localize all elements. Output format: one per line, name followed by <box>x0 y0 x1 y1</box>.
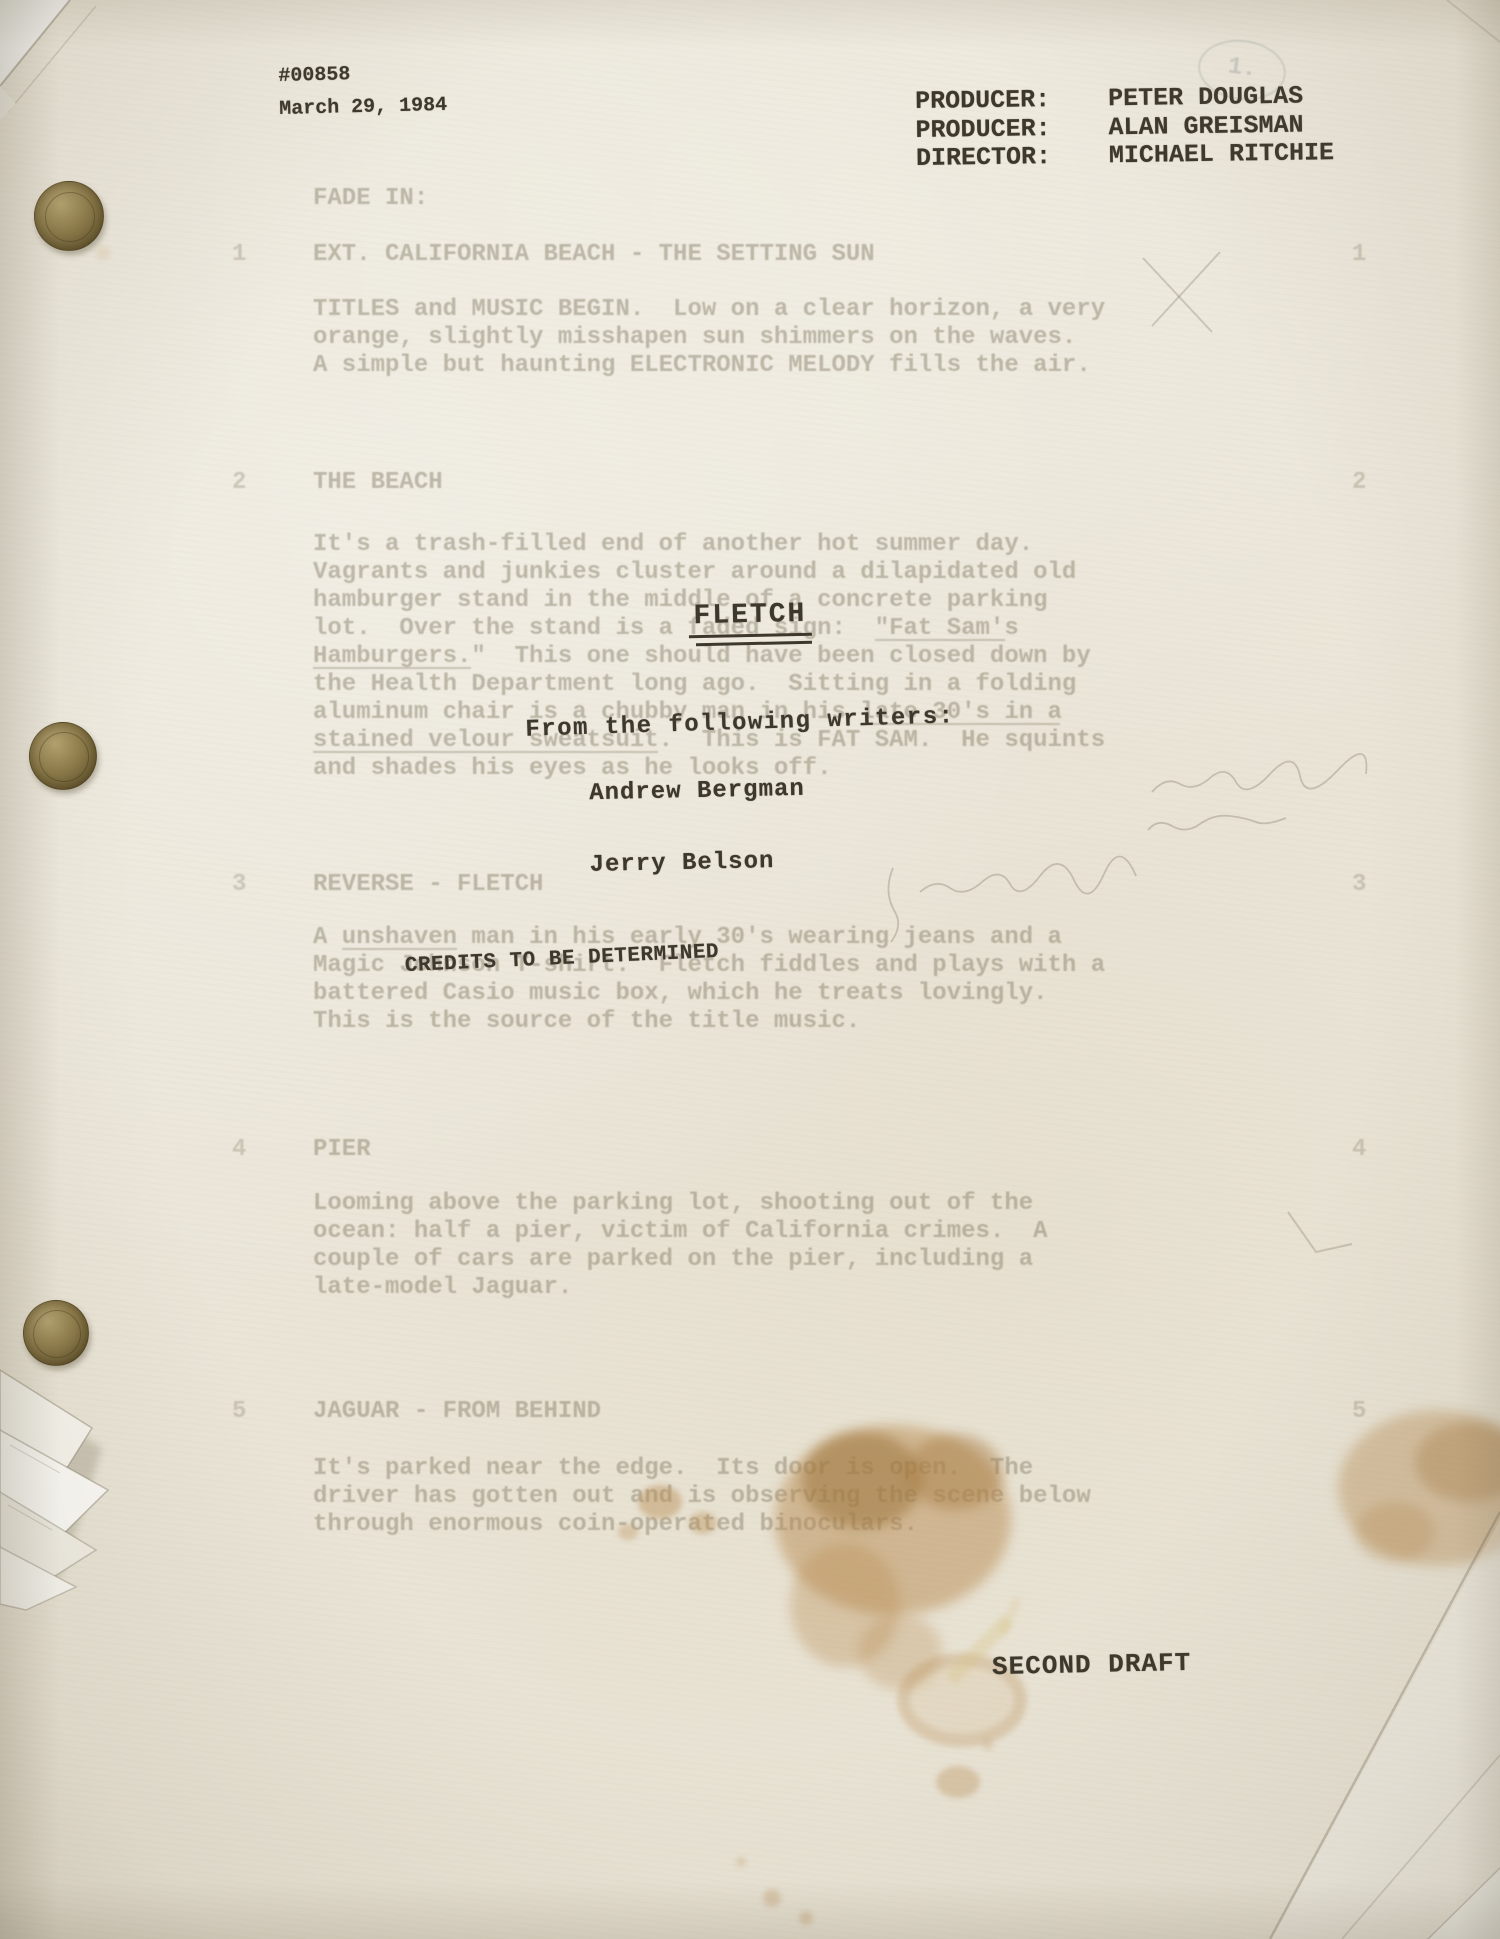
credit-role: PRODUCER: <box>915 114 1108 145</box>
title-underline <box>696 641 812 646</box>
script-number: #00858 <box>278 56 447 93</box>
credit-name: MICHAEL RITCHIE <box>1109 139 1334 171</box>
writers-byline: From the following writers: <box>525 703 955 743</box>
brass-brad-fastener <box>34 181 104 251</box>
writer-name: Andrew Bergman <box>589 776 805 808</box>
credit-role: PRODUCER: <box>915 85 1108 116</box>
credit-role: DIRECTOR: <box>916 142 1109 173</box>
script-title: FLETCH <box>688 599 812 639</box>
date: March 29, 1984 <box>279 89 448 126</box>
credits-note: CREDITS TO BE DETERMINED <box>404 941 719 978</box>
writer-name: Jerry Belson <box>589 848 774 879</box>
credit-row: DIRECTOR: MICHAEL RITCHIE <box>916 139 1334 173</box>
draft-label: SECOND DRAFT <box>992 1648 1192 1682</box>
production-credits: PRODUCER: PETER DOUGLAS PRODUCER: ALAN G… <box>915 82 1334 173</box>
date-block: #00858 March 29, 1984 <box>278 56 448 126</box>
brass-brad-fastener <box>29 722 97 790</box>
credit-name: PETER DOUGLAS <box>1108 83 1303 114</box>
brass-brad-fastener <box>23 1300 89 1366</box>
script-cover-page: FADE IN: 1 EXT. CALIFORNIA BEACH - THE S… <box>0 0 1500 1939</box>
credit-name: ALAN GREISMAN <box>1108 111 1303 142</box>
typed-text-layer: #00858 March 29, 1984 PRODUCER: PETER DO… <box>0 0 1500 1939</box>
